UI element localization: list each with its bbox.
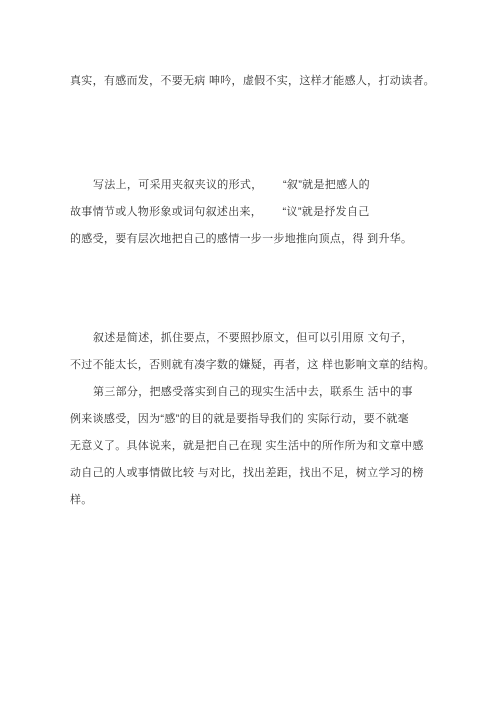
- text-line: 无意义了。具体说来，就是把自己在现 实生活中的所作所为和文章中感: [70, 433, 445, 460]
- paragraph: 真实，有感而发，不要无病 呻吟，虚假不实，这样才能感人，打动读者。: [70, 68, 445, 95]
- paragraph: 第三部分，把感受落实到自己的现实生活中去，联系生 活中的事 例来谈感受，因为“感…: [70, 379, 445, 514]
- text-line: 的感受，要有层次地把自己的感情一步一步地推向顶点，得 到升华。: [70, 226, 445, 253]
- paragraph: 叙述是简述，抓住要点，不要照抄原文，但可以引用原 文句子， 不过不能太长，否则就…: [70, 325, 445, 379]
- paragraph: 写法上，可采用夹叙夹议的形式， “叙”就是把感人的 故事情节或人物形象或词句叙述…: [70, 172, 445, 253]
- text-line: 例来谈感受，因为“感”的目的就是要指导我们的 实际行动，要不就毫: [70, 406, 445, 433]
- text-line: 故事情节或人物形象或词句叙述出来， “议”就是抒发自己: [70, 199, 445, 226]
- document-page: 真实，有感而发，不要无病 呻吟，虚假不实，这样才能感人，打动读者。 写法上，可采…: [0, 0, 500, 708]
- text-line: 动自己的人或事情做比较 与对比，找出差距，找出不足，树立学习的榜: [70, 460, 445, 487]
- text-line: 真实，有感而发，不要无病 呻吟，虚假不实，这样才能感人，打动读者。: [70, 68, 445, 95]
- text-line: 第三部分，把感受落实到自己的现实生活中去，联系生 活中的事: [70, 379, 445, 406]
- text-line: 样。: [70, 487, 445, 514]
- text-line: 写法上，可采用夹叙夹议的形式， “叙”就是把感人的: [70, 172, 445, 199]
- text-line: 不过不能太长，否则就有凑字数的嫌疑，再者，这 样也影响文章的结构。: [70, 352, 445, 379]
- text-line: 叙述是简述，抓住要点，不要照抄原文，但可以引用原 文句子，: [70, 325, 445, 352]
